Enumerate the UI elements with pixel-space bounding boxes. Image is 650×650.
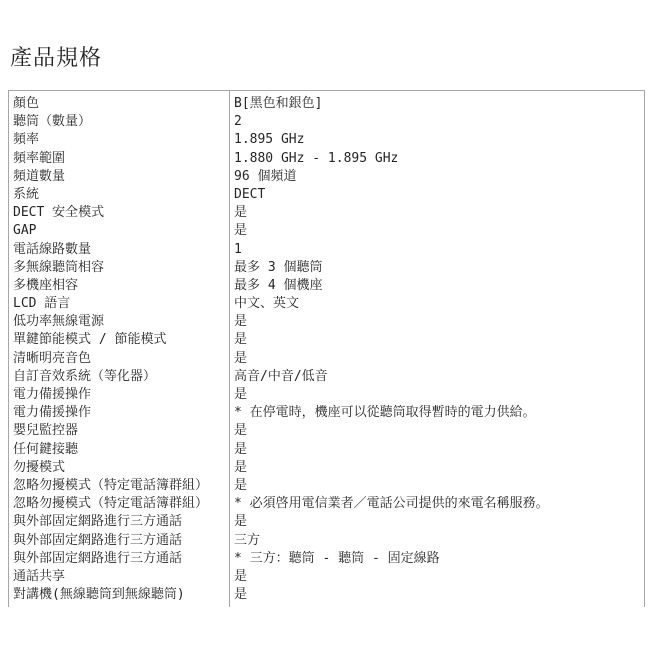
table-row: 與外部固定網路進行三方通話是	[9, 513, 644, 531]
table-row: 頻率範圍1.880 GHz - 1.895 GHz	[9, 150, 644, 168]
spec-label: 聽筒（數量）	[9, 113, 230, 131]
table-row: 系統DECT	[9, 186, 644, 204]
table-row: DECT 安全模式是	[9, 204, 644, 222]
spec-value: 最多 4 個機座	[230, 277, 644, 295]
spec-label: GAP	[9, 222, 230, 240]
table-row: 電力備援操作* 在停電時，機座可以從聽筒取得暫時的電力供給。	[9, 404, 644, 422]
spec-label: 單鍵節能模式 / 節能模式	[9, 331, 230, 349]
spec-label: 低功率無線電源	[9, 313, 230, 331]
spec-label: 任何鍵接聽	[9, 441, 230, 459]
table-row: 勿擾模式是	[9, 459, 644, 477]
spec-label: 電力備援操作	[9, 404, 230, 422]
table-row: 任何鍵接聽是	[9, 441, 644, 459]
table-row: 對講機(無線聽筒到無線聽筒)是	[9, 586, 644, 604]
spec-rows: 顏色B[黑色和銀色]聽筒（數量）2頻率1.895 GHz頻率範圍1.880 GH…	[9, 95, 644, 604]
spec-label: 電力備援操作	[9, 386, 230, 404]
spec-value: 是	[230, 477, 644, 495]
spec-value: 是	[230, 331, 644, 349]
table-row: 電力備援操作是	[9, 386, 644, 404]
spec-label: 頻率範圍	[9, 150, 230, 168]
spec-value: B[黑色和銀色]	[230, 95, 644, 113]
table-row: 忽略勿擾模式（特定電話簿群組）是	[9, 477, 644, 495]
table-row: 電話線路數量1	[9, 241, 644, 259]
page-title: 產品規格	[10, 46, 102, 72]
table-row: 多無線聽筒相容最多 3 個聽筒	[9, 259, 644, 277]
spec-label: 對講機(無線聽筒到無線聽筒)	[9, 586, 230, 604]
spec-label: 多機座相容	[9, 277, 230, 295]
spec-value: 是	[230, 386, 644, 404]
table-row: 低功率無線電源是	[9, 313, 644, 331]
spec-label: 清晰明亮音色	[9, 350, 230, 368]
spec-label: 系統	[9, 186, 230, 204]
spec-label: 與外部固定網路進行三方通話	[9, 550, 230, 568]
spec-label: 嬰兒監控器	[9, 422, 230, 440]
spec-label: 電話線路數量	[9, 241, 230, 259]
spec-label: 頻道數量	[9, 168, 230, 186]
spec-value: 是	[230, 459, 644, 477]
spec-value: 是	[230, 586, 644, 604]
table-row: 顏色B[黑色和銀色]	[9, 95, 644, 113]
spec-value: 是	[230, 422, 644, 440]
spec-label: 勿擾模式	[9, 459, 230, 477]
spec-label: 忽略勿擾模式（特定電話簿群組）	[9, 477, 230, 495]
spec-value: * 必須啓用電信業者／電話公司提供的來電名稱服務。	[230, 495, 644, 513]
spec-value: 三方	[230, 532, 644, 550]
spec-value: 2	[230, 113, 644, 131]
spec-value: DECT	[230, 186, 644, 204]
spec-label: 與外部固定網路進行三方通話	[9, 513, 230, 531]
spec-value: 是	[230, 204, 644, 222]
table-row: 忽略勿擾模式（特定電話簿群組）* 必須啓用電信業者／電話公司提供的來電名稱服務。	[9, 495, 644, 513]
table-row: 頻道數量96 個頻道	[9, 168, 644, 186]
table-row: LCD 語言中文、英文	[9, 295, 644, 313]
spec-value: * 在停電時，機座可以從聽筒取得暫時的電力供給。	[230, 404, 644, 422]
spec-label: 自訂音效系統（等化器）	[9, 368, 230, 386]
spec-value: 1.895 GHz	[230, 131, 644, 149]
spec-label: 多無線聽筒相容	[9, 259, 230, 277]
table-row: 自訂音效系統（等化器）高音/中音/低音	[9, 368, 644, 386]
spec-value: 是	[230, 441, 644, 459]
spec-value: 是	[230, 313, 644, 331]
table-row: 聽筒（數量）2	[9, 113, 644, 131]
spec-label: 通話共享	[9, 568, 230, 586]
spec-value: 1.880 GHz - 1.895 GHz	[230, 150, 644, 168]
spec-value: 高音/中音/低音	[230, 368, 644, 386]
table-row: 嬰兒監控器是	[9, 422, 644, 440]
column-divider	[229, 91, 230, 607]
spec-label: 頻率	[9, 131, 230, 149]
table-row: 頻率1.895 GHz	[9, 131, 644, 149]
spec-label: 忽略勿擾模式（特定電話簿群組）	[9, 495, 230, 513]
spec-value: 中文、英文	[230, 295, 644, 313]
spec-label: DECT 安全模式	[9, 204, 230, 222]
table-row: 與外部固定網路進行三方通話* 三方：聽筒 - 聽筒 - 固定線路	[9, 550, 644, 568]
spec-label: 顏色	[9, 95, 230, 113]
table-row: 與外部固定網路進行三方通話三方	[9, 532, 644, 550]
table-row: 單鍵節能模式 / 節能模式是	[9, 331, 644, 349]
spec-value: * 三方：聽筒 - 聽筒 - 固定線路	[230, 550, 644, 568]
table-row: 多機座相容最多 4 個機座	[9, 277, 644, 295]
spec-label: LCD 語言	[9, 295, 230, 313]
spec-value: 是	[230, 350, 644, 368]
spec-value: 是	[230, 222, 644, 240]
table-row: 通話共享是	[9, 568, 644, 586]
table-row: 清晰明亮音色是	[9, 350, 644, 368]
table-row: GAP是	[9, 222, 644, 240]
spec-value: 是	[230, 513, 644, 531]
spec-value: 最多 3 個聽筒	[230, 259, 644, 277]
spec-value: 是	[230, 568, 644, 586]
spec-value: 1	[230, 241, 644, 259]
spec-label: 與外部固定網路進行三方通話	[9, 532, 230, 550]
spec-table: 顏色B[黑色和銀色]聽筒（數量）2頻率1.895 GHz頻率範圍1.880 GH…	[8, 90, 645, 607]
spec-value: 96 個頻道	[230, 168, 644, 186]
